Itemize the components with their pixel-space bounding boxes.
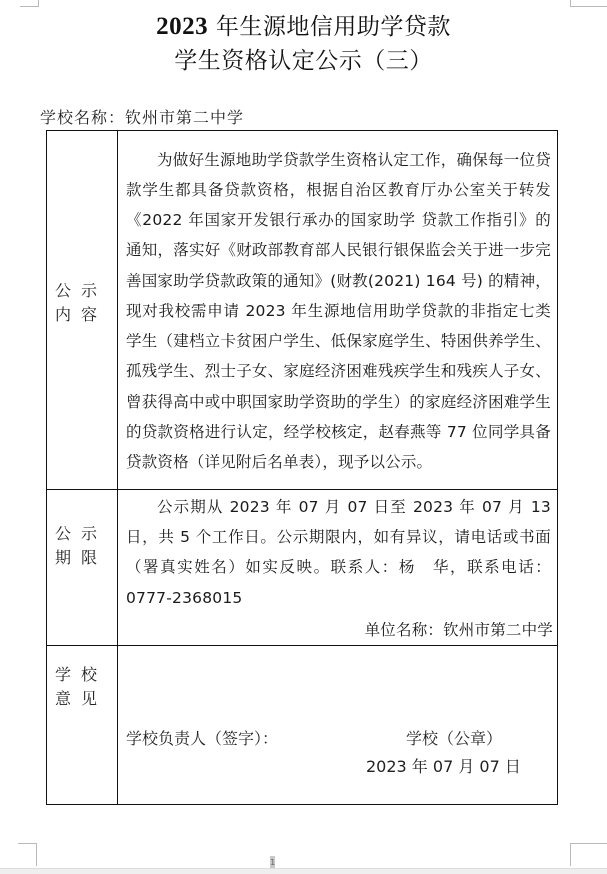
row-label: 学校 意见: [47, 663, 117, 711]
unit-name-signature: 单位名称：钦州市第二中学: [118, 613, 557, 645]
label-char: 见: [81, 687, 107, 711]
title-line-1-text: 年生源地信用助学贷款: [208, 14, 451, 40]
row-label: 公示 期限: [47, 522, 117, 570]
label-char: 示: [81, 522, 107, 546]
label-char: 学: [55, 663, 81, 687]
principal-signature-label: 学校负责人（签字）：: [126, 726, 278, 749]
row-content-cell: 公示期从 2023 年 07 月 07 日至 2023 年 07 月 13 日，…: [118, 490, 558, 646]
label-char: 限: [81, 546, 107, 570]
row-label: 公示 内容: [47, 279, 117, 327]
document-title-line-2: 学生资格认定公示（三）: [0, 42, 607, 75]
page-corner-mark-top-left: [20, 0, 39, 7]
document-title-line-1: 2023 年生源地信用助学贷款: [0, 8, 607, 41]
label-char: 内: [55, 303, 81, 327]
page-corner-mark-bottom-left: [18, 843, 37, 866]
label-char: 意: [55, 687, 81, 711]
table-row-school-opinion: 学校 意见 学校负责人（签字）： 学校（公章） 2023 年 07 月 07 日: [47, 646, 558, 805]
signature-area: 学校负责人（签字）： 学校（公章） 2023 年 07 月 07 日: [118, 646, 557, 804]
notice-period-paragraph: 公示期从 2023 年 07 月 07 日至 2023 年 07 月 13 日，…: [118, 490, 557, 613]
label-char: 示: [81, 279, 107, 303]
signature-date: 2023 年 07 月 07 日: [366, 754, 521, 777]
label-char: 公: [55, 279, 81, 303]
school-seal-label: 学校（公章）: [406, 726, 502, 749]
table-row-notice-content: 公示 内容 为做好生源地助学贷款学生资格认定工作，确保每一位贷款学生都具备贷款资…: [47, 131, 558, 490]
row-label-cell: 学校 意见: [47, 646, 118, 805]
school-name-line: 学校名称：钦州市第二中学: [40, 105, 244, 128]
label-char: 期: [55, 546, 81, 570]
page-corner-mark-top-right: [570, 0, 607, 7]
label-char: 容: [81, 303, 107, 327]
row-label-cell: 公示 内容: [47, 131, 118, 490]
row-content-cell: 学校负责人（签字）： 学校（公章） 2023 年 07 月 07 日: [118, 646, 558, 805]
label-char: 校: [81, 663, 107, 687]
row-label-cell: 公示 期限: [47, 490, 118, 646]
notice-table: 公示 内容 为做好生源地助学贷款学生资格认定工作，确保每一位贷款学生都具备贷款资…: [46, 130, 558, 805]
label-char: 公: [55, 522, 81, 546]
page-bottom-edge: [0, 868, 607, 874]
title-year: 2023: [156, 13, 208, 40]
notice-content-paragraph: 为做好生源地助学贷款学生资格认定工作，确保每一位贷款学生都具备贷款资格，根据自治…: [118, 143, 557, 477]
table-row-notice-period: 公示 期限 公示期从 2023 年 07 月 07 日至 2023 年 07 月…: [47, 490, 558, 646]
row-content-cell: 为做好生源地助学贷款学生资格认定工作，确保每一位贷款学生都具备贷款资格，根据自治…: [118, 131, 558, 490]
page-corner-mark-bottom-right: [570, 843, 607, 866]
